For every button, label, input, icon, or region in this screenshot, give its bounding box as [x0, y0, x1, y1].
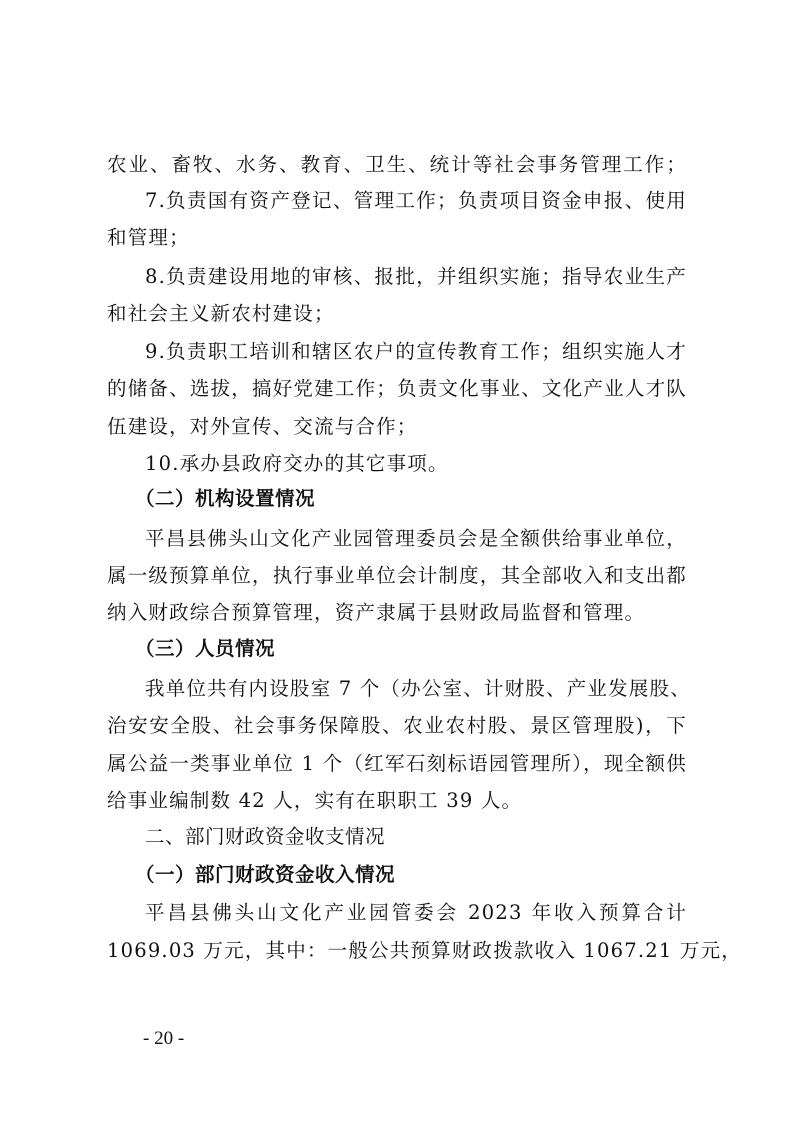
- paragraph-line: 治安安全股、社会事务保障股、农业农村股、景区管理股)，下: [107, 711, 687, 741]
- paragraph-line: 和社会主义新农村建设；: [107, 299, 687, 329]
- section-heading: （三）人员情况: [135, 634, 715, 664]
- section-heading: （一）部门财政资金收入情况: [135, 860, 715, 890]
- paragraph-line: 属一级预算单位，执行事业单位会计制度，其全部收入和支出都: [107, 561, 687, 591]
- paragraph-line: 农业、畜牧、水务、教育、卫生、统计等社会事务管理工作；: [107, 150, 687, 180]
- paragraph-line: 给事业编制数 42 人，实有在职职工 39 人。: [107, 786, 687, 816]
- paragraph-line: 平昌县佛头山文化产业园管理委员会是全额供给事业单位，: [145, 524, 687, 554]
- paragraph-line: 1069.03 万元，其中：一般公共预算财政拨款收入 1067.21 万元，: [107, 936, 687, 966]
- paragraph-line: 7.负责国有资产登记、管理工作；负责项目资金申报、使用: [145, 186, 687, 216]
- paragraph-line: 和管理；: [107, 223, 687, 253]
- chapter-heading: 二、部门财政资金收支情况: [145, 822, 725, 852]
- paragraph-line: 伍建设，对外宣传、交流与合作；: [107, 412, 687, 442]
- section-heading: （二）机构设置情况: [135, 484, 715, 514]
- paragraph-line: 10.承办县政府交办的其它事项。: [145, 449, 687, 479]
- paragraph-line: 平昌县佛头山文化产业园管委会 2023 年收入预算合计: [145, 898, 687, 928]
- paragraph-line: 的储备、选拔，搞好党建工作；负责文化事业、文化产业人才队: [107, 374, 687, 404]
- paragraph-line: 8.负责建设用地的审核、报批，并组织实施；指导农业生产: [145, 262, 687, 292]
- paragraph-line: 属公益一类事业单位 1 个（红军石刻标语园管理所），现全额供: [107, 749, 687, 779]
- paragraph-line: 纳入财政综合预算管理，资产隶属于县财政局监督和管理。: [107, 598, 687, 628]
- paragraph-line: 我单位共有内设股室 7 个（办公室、计财股、产业发展股、: [145, 674, 687, 704]
- paragraph-line: 9.负责职工培训和辖区农户的宣传教育工作；组织实施人才: [145, 337, 687, 367]
- document-page: 农业、畜牧、水务、教育、卫生、统计等社会事务管理工作； 7.负责国有资产登记、管…: [0, 0, 793, 1122]
- page-number: - 20 -: [143, 1028, 184, 1050]
